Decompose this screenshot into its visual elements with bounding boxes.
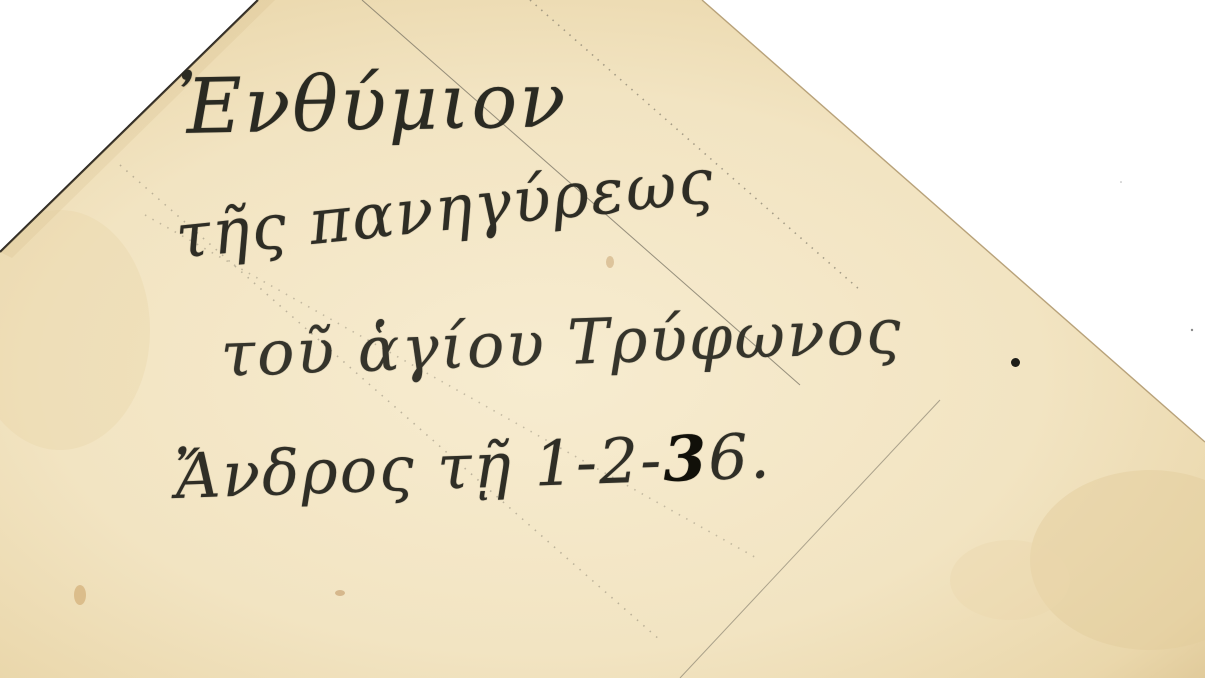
period-mark	[1011, 358, 1020, 367]
handwritten-line-souvenir: Ἐνθύμιον	[176, 55, 568, 151]
scanned-postcard-scene: Ἐνθύμιον τῆς πανηγύρεως τοῦ ἁγίου Τρύφων…	[0, 0, 1205, 678]
place-name: Ἄνδρος τῇ	[173, 428, 514, 513]
date-prefix: 1-2-	[533, 423, 664, 500]
date-overwritten-digit: 3	[662, 421, 710, 496]
date-suffix: 6.	[707, 419, 773, 494]
